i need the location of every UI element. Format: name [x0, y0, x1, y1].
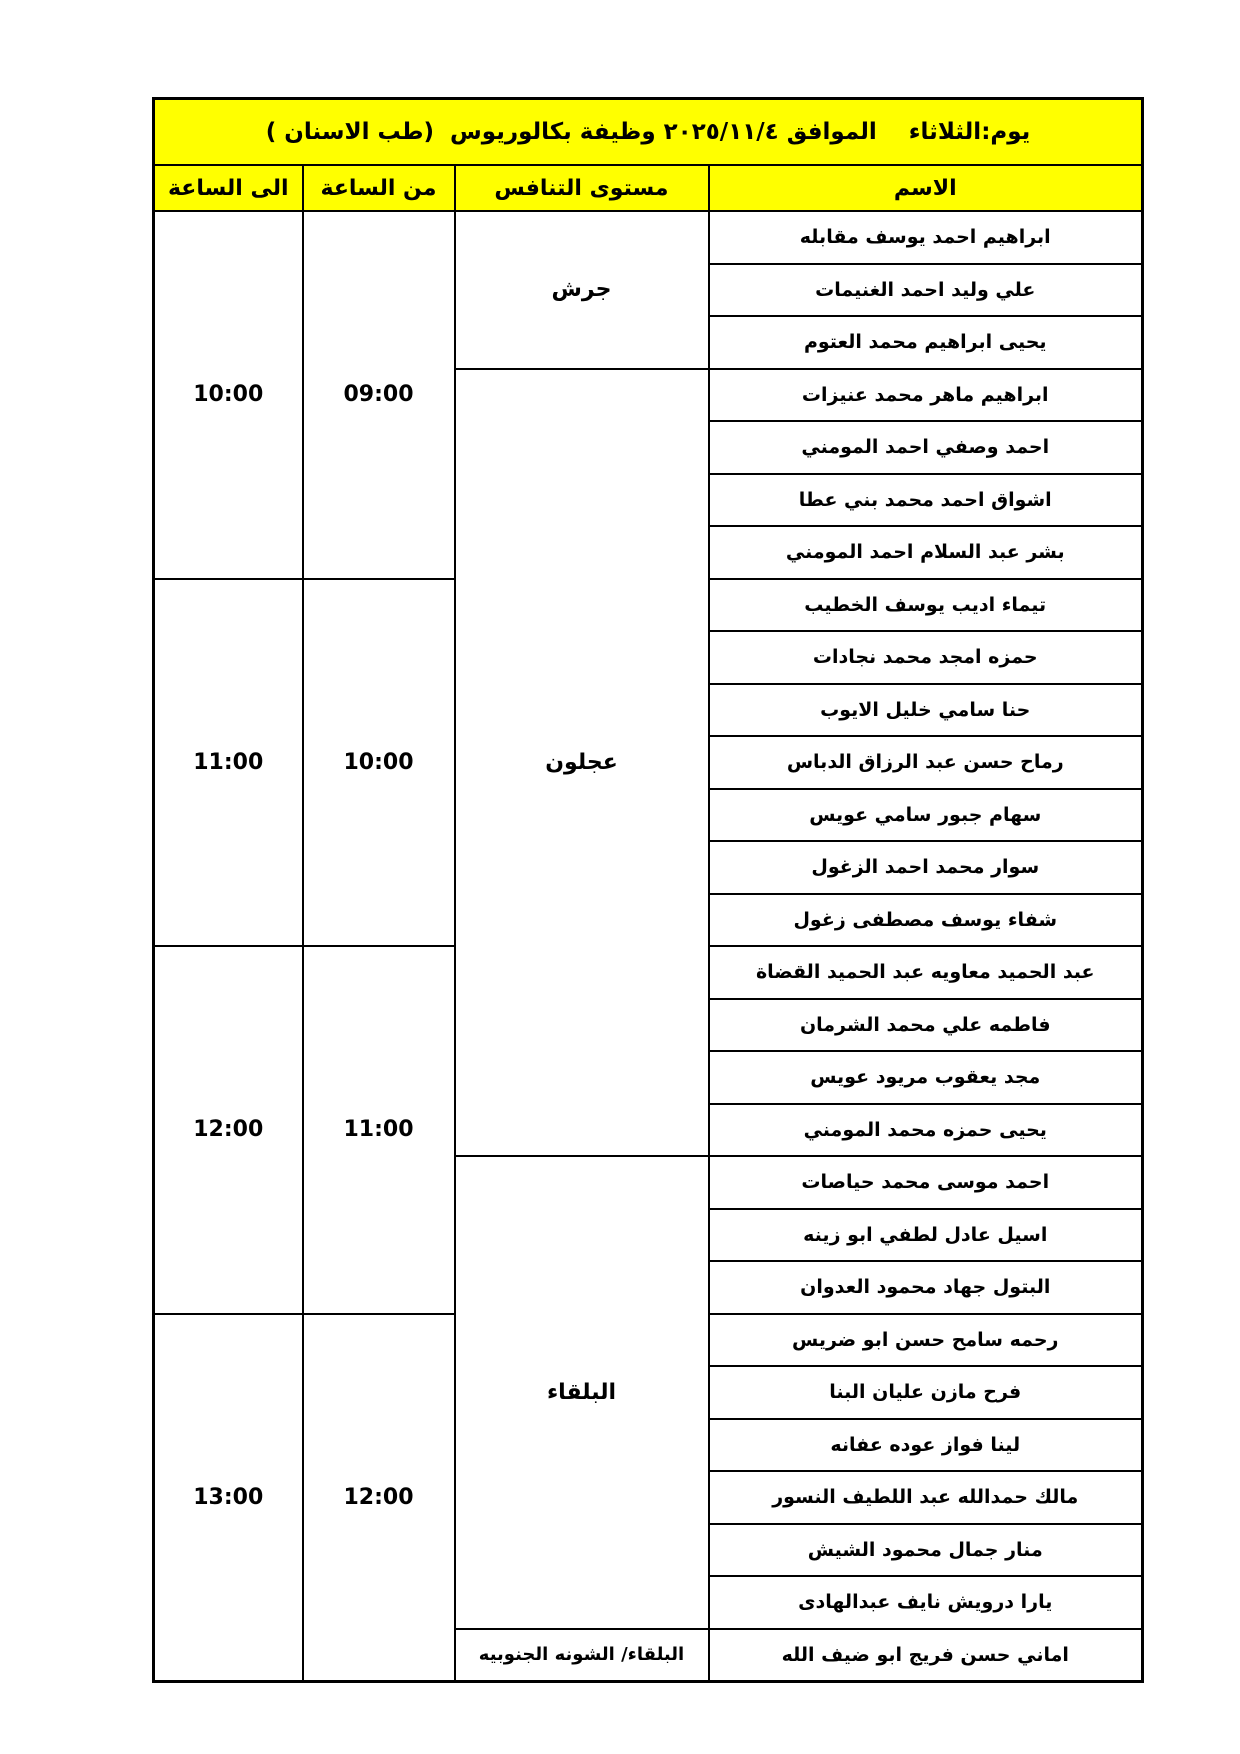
col-header-competition-level: مستوى التنافس	[455, 165, 709, 211]
candidate-name-cell: ابراهيم احمد يوسف مقابله	[709, 211, 1143, 264]
candidate-name-cell: رماح حسن عبد الرزاق الدباس	[709, 736, 1143, 789]
to-hour-cell: 12:00	[154, 946, 303, 1314]
from-hour-cell: 12:00	[303, 1314, 455, 1682]
schedule-body: ابراهيم احمد يوسف مقابلهجرش09:0010:00علي…	[154, 211, 1143, 1682]
interview-schedule-table: يوم:الثلاثاء الموافق ٢٠٢٥/١١/٤ وظيفة بكا…	[152, 97, 1144, 1683]
candidate-name-cell: مالك حمدالله عبد اللطيف النسور	[709, 1471, 1143, 1524]
candidate-name-cell: علي وليد احمد الغنيمات	[709, 264, 1143, 317]
candidate-name-cell: شفاء يوسف مصطفى زغول	[709, 894, 1143, 947]
candidate-name-cell: سوار محمد احمد الزغول	[709, 841, 1143, 894]
document-title: يوم:الثلاثاء الموافق ٢٠٢٥/١١/٤ وظيفة بكا…	[154, 99, 1143, 166]
candidate-name-cell: يحيى ابراهيم محمد العتوم	[709, 316, 1143, 369]
candidate-name-cell: سهام جبور سامي عويس	[709, 789, 1143, 842]
candidate-name-cell: اسيل عادل لطفي ابو زينه	[709, 1209, 1143, 1262]
candidate-name-cell: فاطمه علي محمد الشرمان	[709, 999, 1143, 1052]
to-hour-cell: 10:00	[154, 211, 303, 579]
candidate-name-cell: حنا سامي خليل الايوب	[709, 684, 1143, 737]
candidate-name-cell: احمد موسى محمد حياصات	[709, 1156, 1143, 1209]
col-header-to-hour: الى الساعة	[154, 165, 303, 211]
candidate-name-cell: يحيى حمزه محمد المومني	[709, 1104, 1143, 1157]
candidate-name-cell: رحمه سامح حسن ابو ضريس	[709, 1314, 1143, 1367]
header-row: الاسم مستوى التنافس من الساعة الى الساعة	[154, 165, 1143, 211]
competition-level-cell: البلقاء/ الشونه الجنوبيه	[455, 1629, 709, 1682]
candidate-name-cell: اماني حسن فريج ابو ضيف الله	[709, 1629, 1143, 1682]
candidate-name-cell: مجد يعقوب مريود عويس	[709, 1051, 1143, 1104]
from-hour-cell: 10:00	[303, 579, 455, 947]
col-header-name: الاسم	[709, 165, 1143, 211]
candidate-name-cell: تيماء اديب يوسف الخطيب	[709, 579, 1143, 632]
candidate-name-cell: يارا درويش نايف عبدالهادى	[709, 1576, 1143, 1629]
to-hour-cell: 13:00	[154, 1314, 303, 1682]
candidate-name-cell: عبد الحميد معاويه عبد الحميد القضاة	[709, 946, 1143, 999]
candidate-name-cell: احمد وصفي احمد المومني	[709, 421, 1143, 474]
candidate-name-cell: اشواق احمد محمد بني عطا	[709, 474, 1143, 527]
col-header-from-hour: من الساعة	[303, 165, 455, 211]
table-row: ابراهيم احمد يوسف مقابلهجرش09:0010:00	[154, 211, 1143, 264]
candidate-name-cell: منار جمال محمود الشيش	[709, 1524, 1143, 1577]
from-hour-cell: 09:00	[303, 211, 455, 579]
candidate-name-cell: ابراهيم ماهر محمد عنيزات	[709, 369, 1143, 422]
candidate-name-cell: البتول جهاد محمود العدوان	[709, 1261, 1143, 1314]
from-hour-cell: 11:00	[303, 946, 455, 1314]
title-row: يوم:الثلاثاء الموافق ٢٠٢٥/١١/٤ وظيفة بكا…	[154, 99, 1143, 166]
to-hour-cell: 11:00	[154, 579, 303, 947]
candidate-name-cell: فرح مازن عليان البنا	[709, 1366, 1143, 1419]
competition-level-cell: البلقاء	[455, 1156, 709, 1629]
candidate-name-cell: حمزه امجد محمد نجادات	[709, 631, 1143, 684]
competition-level-cell: جرش	[455, 211, 709, 369]
competition-level-cell: عجلون	[455, 369, 709, 1157]
candidate-name-cell: بشر عبد السلام احمد المومني	[709, 526, 1143, 579]
candidate-name-cell: لينا فواز عوده عفانه	[709, 1419, 1143, 1472]
document-page: يوم:الثلاثاء الموافق ٢٠٢٥/١١/٤ وظيفة بكا…	[0, 0, 1240, 1754]
